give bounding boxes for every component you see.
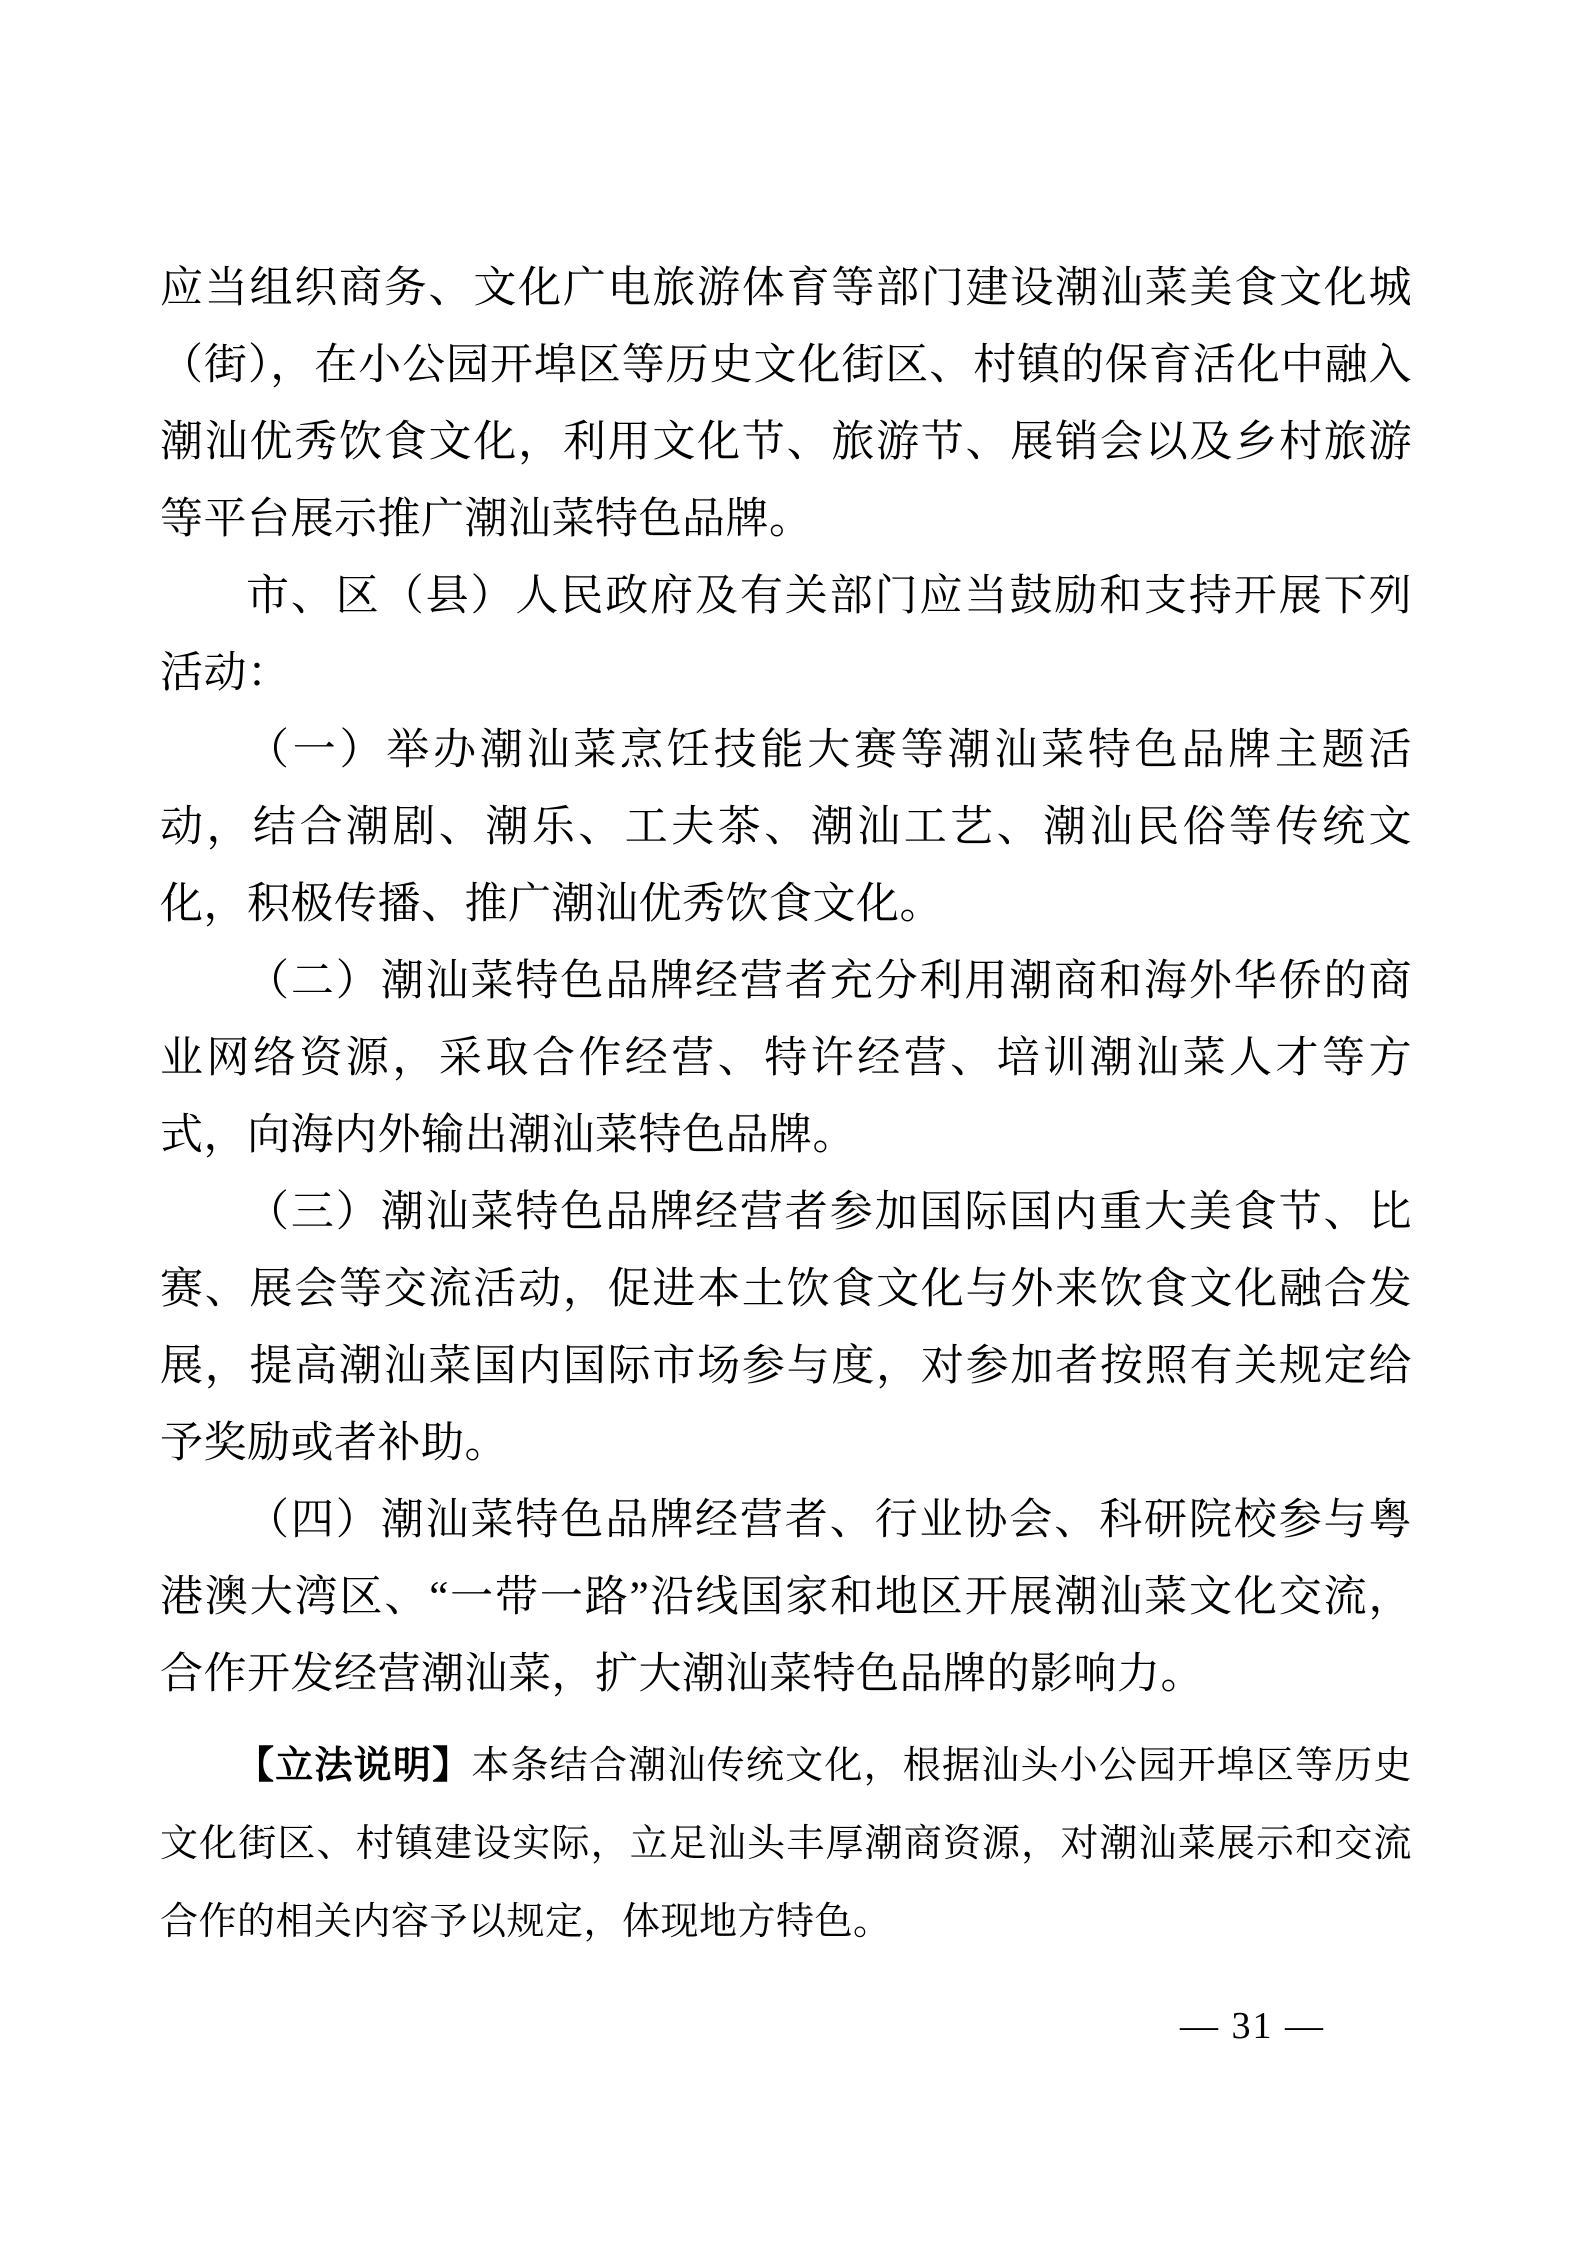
paragraph-continuation: 应当组织商务、文化广电旅游体育等部门建设潮汕菜美食文化城（街），在小公园开埠区等… bbox=[160, 250, 1412, 558]
page-number: — 31 — bbox=[1180, 2004, 1325, 2048]
paragraph-item-3: （三）潮汕菜特色品牌经营者参加国际国内重大美食节、比赛、展会等交流活动，促进本土… bbox=[160, 1174, 1412, 1482]
paragraph-intro: 市、区（县）人民政府及有关部门应当鼓励和支持开展下列活动： bbox=[160, 558, 1412, 712]
text-block: 应当组织商务、文化广电旅游体育等部门建设潮汕菜美食文化城（街），在小公园开埠区等… bbox=[160, 250, 1412, 1961]
paragraph-item-2: （二）潮汕菜特色品牌经营者充分利用潮商和海外华侨的商业网络资源，采取合作经营、特… bbox=[160, 943, 1412, 1174]
document-page: 应当组织商务、文化广电旅游体育等部门建设潮汕菜美食文化城（街），在小公园开埠区等… bbox=[0, 0, 1587, 2245]
paragraph-item-1: （一）举办潮汕菜烹饪技能大赛等潮汕菜特色品牌主题活动，结合潮剧、潮乐、工夫茶、潮… bbox=[160, 712, 1412, 943]
legislative-note: 【立法说明】本条结合潮汕传统文化，根据汕头小公园开埠区等历史文化街区、村镇建设实… bbox=[160, 1727, 1412, 1961]
legislative-note-label: 【立法说明】 bbox=[236, 1745, 471, 1787]
paragraph-item-4: （四）潮汕菜特色品牌经营者、行业协会、科研院校参与粤港澳大湾区、“一带一路”沿线… bbox=[160, 1482, 1412, 1713]
